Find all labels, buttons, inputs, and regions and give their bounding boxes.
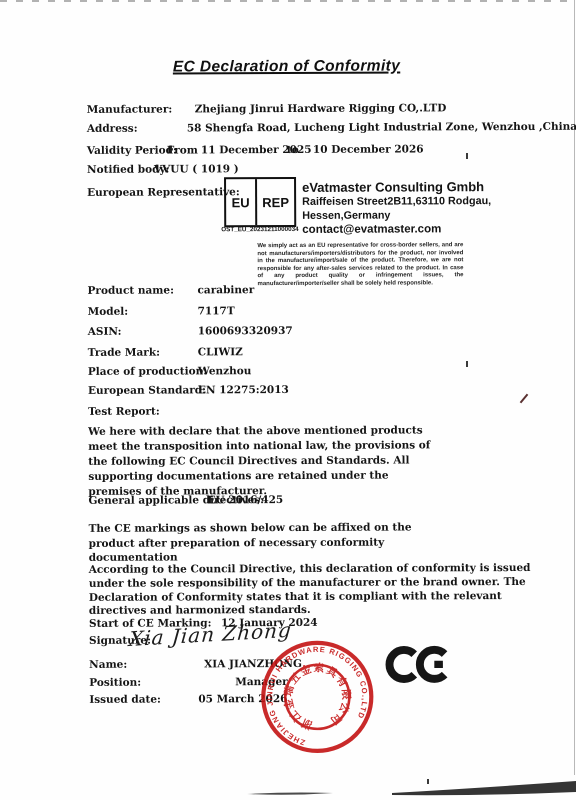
manufacturer-label: Manufacturer: — [87, 104, 173, 116]
validity-to-word: to — [287, 144, 299, 156]
test-report-row: Test Report: — [88, 404, 558, 422]
european-standard-row: European Standard: EN 12275:2013 — [88, 383, 558, 401]
page-title: EC Declaration of Conformity — [0, 57, 575, 78]
address-value: 58 Shengfa Road, Lucheng Light Industria… — [187, 121, 576, 135]
eu-representative-label: European Representative: — [87, 186, 240, 199]
company-stamp: ZHEJIANG JINRUI HARDWARE RIGGING CO.,LTD… — [257, 636, 378, 759]
declaration-paragraph: We here with declare that the above ment… — [88, 423, 438, 500]
asin-row: ASIN: 1600693320937 — [88, 324, 558, 342]
trade-mark-value: CLIWIZ — [198, 346, 243, 358]
notified-body-value: VVUU ( 1019 ) — [154, 163, 239, 175]
place-of-production-row: Place of production: Wenzhou — [88, 364, 558, 382]
manufacturer-row: Manufacturer: Zhejiang Jinrui Hardware R… — [87, 102, 557, 120]
eu-rep-registration-code: OST_EU_20231211000034 — [221, 226, 301, 233]
notified-body-row: Notified body: VVUU ( 1019 ) — [87, 162, 557, 180]
trade-mark-row: Trade Mark: CLIWIZ — [88, 345, 558, 363]
ce-mark-icon — [384, 640, 450, 688]
product-name-row: Product name: carabiner — [87, 283, 557, 301]
position-label: Position: — [89, 677, 141, 689]
european-standard-value: EN 12275:2013 — [198, 384, 289, 396]
stamp-chinese-text: 浙江金瑞五金索具有限公司 — [281, 661, 353, 732]
ce-markings-paragraph: The CE markings as shown below can be af… — [89, 520, 461, 565]
place-of-production-value: Wenzhou — [198, 365, 252, 377]
address-label: Address: — [87, 123, 138, 135]
place-of-production-label: Place of production: — [88, 365, 207, 378]
validity-from-word: From — [167, 144, 198, 156]
certificate-page: EC Declaration of Conformity Manufacture… — [0, 0, 576, 800]
eu-rep-address-line2: Hessen,Germany — [302, 208, 532, 223]
manufacturer-value: Zhejiang Jinrui Hardware Rigging CO,.LTD — [195, 102, 447, 115]
trade-mark-label: Trade Mark: — [88, 347, 160, 359]
product-name-value: carabiner — [197, 284, 254, 296]
validity-period-row: Validity Period: From 11 December 2025 t… — [87, 143, 557, 161]
validity-end-date: 10 December 2026 — [313, 143, 424, 155]
eu-rep-badge: EU REP — [224, 177, 296, 227]
address-row: Address: 58 Shengfa Road, Lucheng Light … — [87, 121, 557, 139]
product-name-label: Product name: — [87, 284, 173, 296]
eu-rep-badge-eu: EU — [226, 179, 257, 225]
eu-rep-contact-block: eVatmaster Consulting Gmbh Raiffeisen St… — [302, 179, 532, 238]
model-label: Model: — [88, 306, 129, 318]
svg-text:浙江金瑞五金索具有限公司: 浙江金瑞五金索具有限公司 — [281, 661, 353, 732]
eu-rep-disclaimer: We simply act as an EU representative fo… — [257, 242, 463, 288]
issued-date-label: Issued date: — [89, 694, 161, 706]
asin-value: 1600693320937 — [198, 325, 293, 337]
test-report-label: Test Report: — [88, 406, 160, 418]
validity-period-label: Validity Period: — [87, 144, 177, 156]
directives-row: General applicable directives: EU 2016/4… — [88, 493, 558, 511]
european-standard-label: European Standard: — [88, 384, 206, 397]
eu-rep-company-name: eVatmaster Consulting Gmbh — [302, 179, 532, 196]
eu-rep-badge-rep: REP — [257, 179, 294, 225]
name-label: Name: — [89, 659, 127, 671]
directives-value: EU 2016/425 — [207, 494, 283, 506]
council-directive-paragraph: According to the Council Directive, this… — [89, 562, 551, 619]
eu-rep-email: contact@evatmaster.com — [302, 222, 532, 238]
asin-label: ASIN: — [88, 326, 122, 338]
eu-rep-address-line1: Raiffeisen Street2B11,63110 Rodgau, — [302, 195, 532, 210]
model-row: Model: 7117T — [88, 304, 558, 322]
model-value: 7117T — [198, 305, 235, 317]
